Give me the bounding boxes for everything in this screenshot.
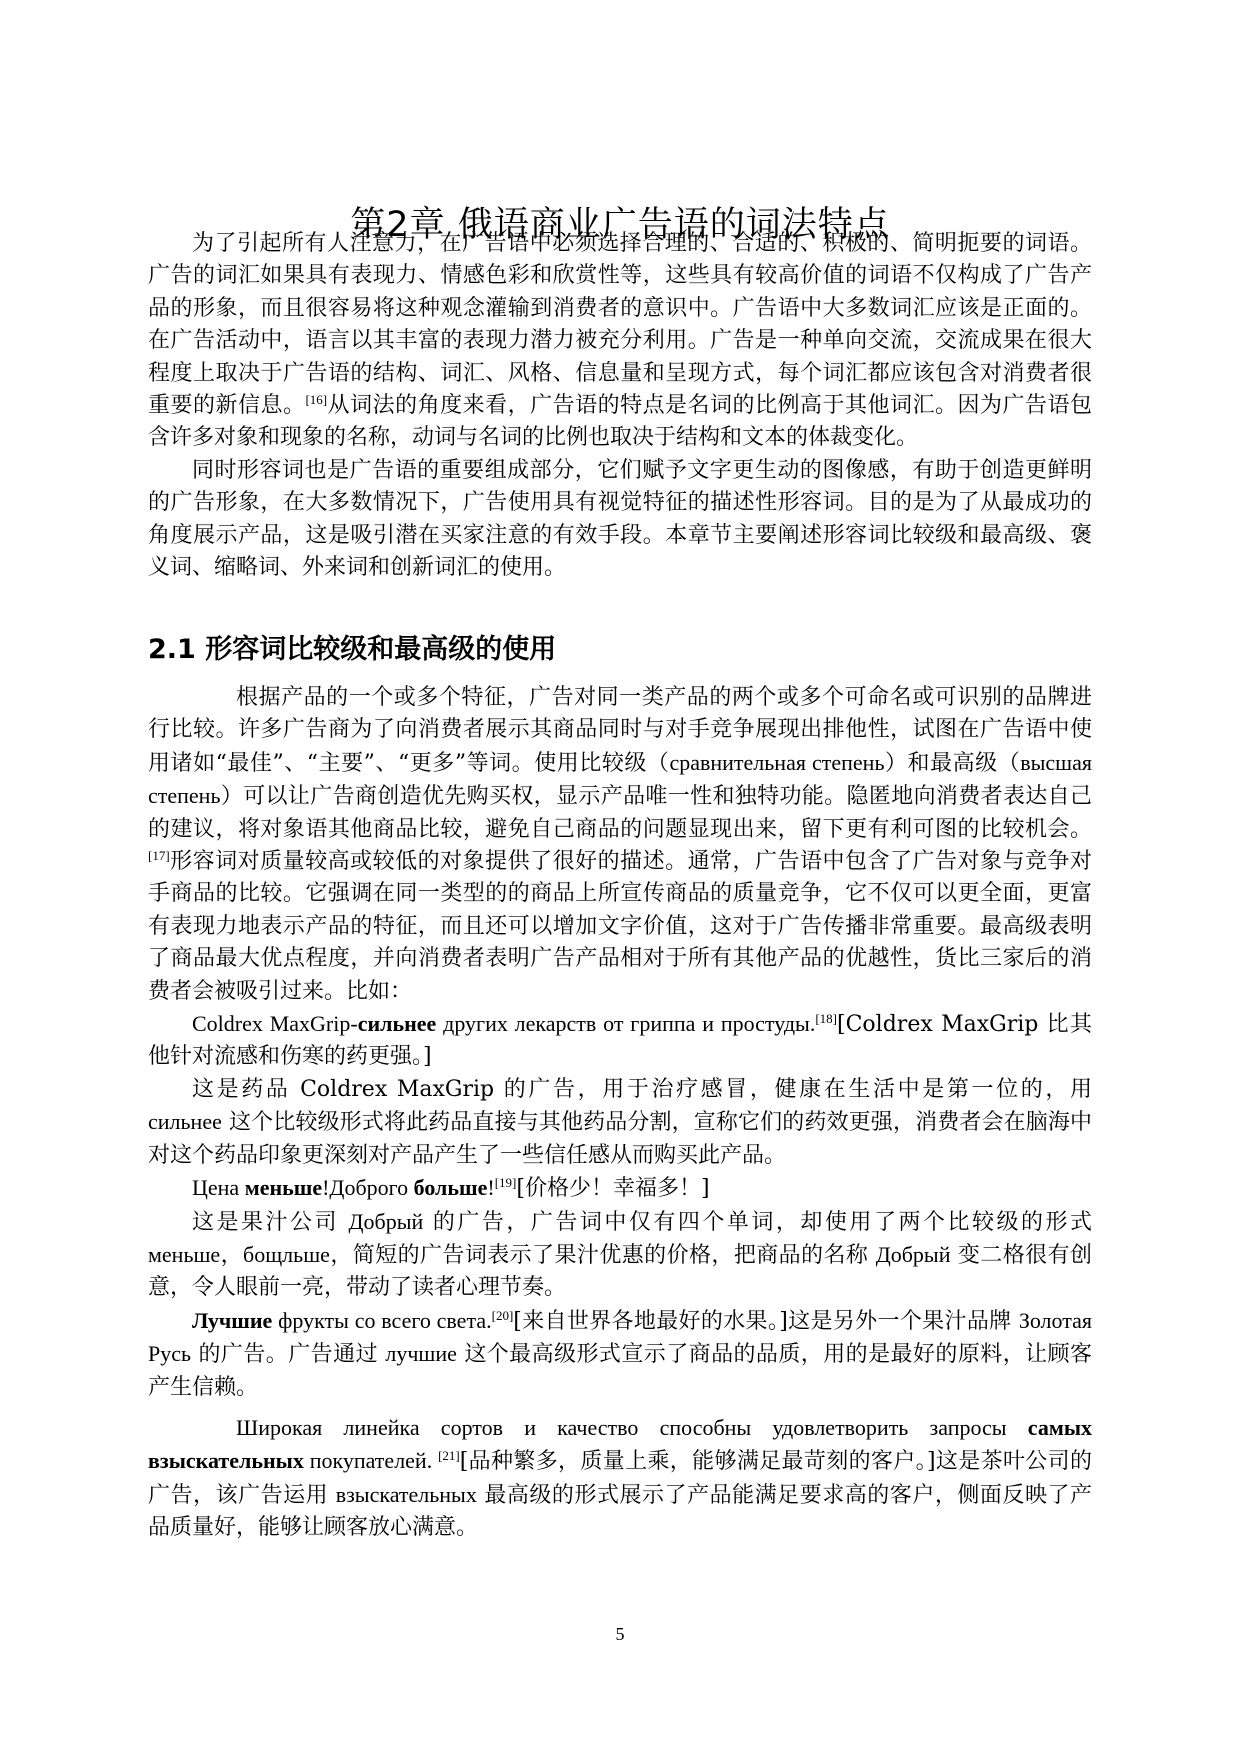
ex2-ru-b: !Доброго (322, 1175, 414, 1200)
section-paragraph-1: 根据产品的一个或多个特征，广告对同一类产品的两个或多个可命名或可识别的品牌进行比… (148, 682, 1092, 1008)
citation-19: [19] (495, 1175, 517, 1190)
ex2c-c: ， (220, 1243, 243, 1268)
citation-17: [17] (148, 848, 170, 863)
ex2-ru-a: Цена (192, 1175, 245, 1200)
citation-18: [18] (815, 1011, 837, 1026)
ex1-ru-bold: сильнее (358, 1011, 437, 1036)
ex3c-ru2: лучшие (385, 1341, 457, 1366)
ex2-ru-bold-2: больше (414, 1175, 488, 1200)
ex3c-b: 的广告。广告通过 (191, 1342, 385, 1367)
s1-text-b: ）和最高级（ (884, 751, 1020, 776)
section-heading-2-1: 2.1 形容词比较级和最高级的使用 (148, 630, 556, 670)
ex2c-a: 这是果汁公司 (192, 1210, 349, 1235)
section-2-1-body: 根据产品的一个或多个特征，广告对同一类产品的两个或多个可命名或可识别的品牌进行比… (148, 682, 1092, 1545)
intro-p1-text: 为了引起所有人注意力，在广告语中必须选择合理的、合适的、积极的、简明扼要的词语。… (148, 231, 1092, 418)
intro-paragraph-2: 同时形容词也是广告语的重要组成部分，它们赋予文字更生动的图像感，有助于创造更鲜明… (148, 455, 1092, 585)
ex1-ru-a: Coldrex MaxGrip- (192, 1011, 358, 1036)
example-2-comment: 这是果汁公司 Добрый 的广告，广告词中仅有四个单词，却使用了两个比较级的形… (148, 1206, 1092, 1305)
ex1c-ru: сильнее (148, 1109, 222, 1134)
s1-text-d: 形容词对质量较高或较低的对象提供了很好的描述。通常，广告语中包含了广告对象与竞争… (148, 849, 1092, 1004)
ex3-ru-a: фрукты со всего света. (272, 1308, 491, 1333)
citation-16: [16] (305, 392, 327, 407)
intro-paragraph-1: 为了引起所有人注意力，在广告语中必须选择合理的、合适的、积极的、简明扼要的词语。… (148, 228, 1092, 455)
ex1-ru-b: других лекарств от гриппа и простуды. (436, 1011, 815, 1036)
citation-21: [21] (438, 1448, 460, 1463)
ex2c-b: 的广告，广告词中仅有四个单词，却使用了两个比较级的形式 (423, 1210, 1092, 1235)
citation-20: [20] (492, 1308, 514, 1323)
example-1-comment: 这是药品 Coldrex MaxGrip 的广告，用于治疗感冒，健康在生活中是第… (148, 1074, 1092, 1172)
ex4-ru-a: Широкая линейка сортов и качество способ… (236, 1415, 1028, 1440)
ex2c-ru3: бощльше (243, 1242, 330, 1267)
ex4-translation: [品种繁多，质量上乘，能够满足最苛刻的客户。] (460, 1449, 936, 1474)
example-3: Лучшие фрукты со всего света.[20][来自世界各地… (148, 1305, 1092, 1404)
example-2: Цена меньше!Доброго больше![19][价格少！幸福多！… (148, 1172, 1092, 1205)
s1-ru-comparative: сравнительная степень (669, 750, 884, 775)
ex1c-a: 这是药品 Coldrex MaxGrip 的广告，用于治疗感冒，健康在生活中是第… (192, 1077, 1092, 1102)
example-1: Coldrex MaxGrip-сильнее других лекарств … (148, 1008, 1092, 1074)
ex2c-ru2: меньше (148, 1242, 220, 1267)
ex2c-d: ，简短的广告词表示了果汁优惠的价格，把商品的名称 (330, 1243, 876, 1268)
ex4-ru-b: покупателей. (304, 1448, 438, 1473)
example-4: Широкая линейка сортов и качество способ… (148, 1412, 1092, 1545)
ex3-translation: [来自世界各地最好的水果。] (513, 1309, 788, 1334)
ex3c-a: 这是另外一个果汁品牌 (788, 1309, 1019, 1334)
document-page: 第2章 俄语商业广告语的词法特点 为了引起所有人注意力，在广告语中必须选择合理的… (0, 0, 1240, 1754)
chapter-intro: 为了引起所有人注意力，在广告语中必须选择合理的、合适的、积极的、简明扼要的词语。… (148, 228, 1092, 584)
ex2-ru-bold-1: меньше (245, 1175, 322, 1200)
ex2c-ru4: Добрый (876, 1242, 951, 1267)
ex3-ru-bold: Лучшие (192, 1308, 272, 1333)
ex2-ru-c: ! (487, 1175, 494, 1200)
page-number: 5 (0, 1624, 1240, 1645)
ex1c-b: 这个比较级形式将此药品直接与其他药品分割，宣称它们的药效更强，消费者会在脑海中对… (148, 1110, 1092, 1167)
s1-text-c: ）可以让广告商创造优先购买权，显示产品唯一性和独特功能。隐匿地向消费者表达自己的… (148, 784, 1092, 841)
ex2-translation: [价格少！幸福多！] (516, 1176, 709, 1201)
ex2c-ru1: Добрый (349, 1209, 424, 1234)
ex4c-ru: взыскательных (336, 1482, 477, 1507)
